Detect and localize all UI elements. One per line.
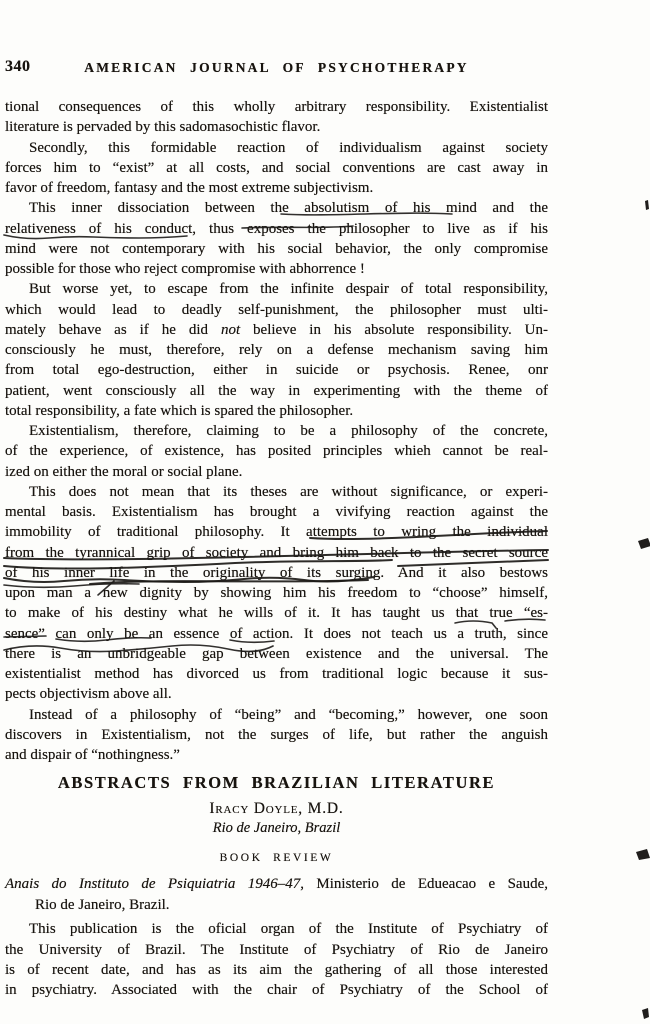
text-line: existentialist method has divorced us fr… [5,664,548,684]
text-line: and dispair of “nothingness.” [5,745,548,765]
text-line: literature is pervaded by this sadomasoc… [5,117,548,137]
text-line: Anais do Instituto de Psiquiatria 1946–4… [5,874,548,895]
text-line: is of recent date, and has as its aim th… [5,960,548,980]
page-number: 340 [5,58,31,76]
text-line: mately behave as if he did not believe i… [5,320,548,340]
text-line: favor of freedom, fantasy and the most e… [5,178,548,198]
text-line: pects objectivism above all. [5,684,548,704]
text-line: there is an unbridgeable gap between exi… [5,644,548,664]
text-line: tional consequences of this wholly arbit… [5,97,548,117]
text-line: upon man a new dignity by showing him hi… [5,583,548,603]
paragraph: This publication is the oficial organ of… [5,919,548,1000]
journal-title: AMERICAN JOURNAL OF PSYCHOTHERAPY [5,58,548,76]
text-line: of the experience, of existence, has pos… [5,441,548,461]
text-line: This publication is the oficial organ of… [5,919,548,939]
text-line: Existentialism, therefore, claiming to b… [5,421,548,441]
text-line: discovers in Existentialism, not the sur… [5,725,548,745]
paragraph: tional consequences of this wholly arbit… [5,97,548,138]
running-head: 340 AMERICAN JOURNAL OF PSYCHOTHERAPY [5,58,548,80]
text-line: Secondly, this formidable reaction of in… [5,138,548,158]
text-line: forces him to “exist” at all costs, and … [5,158,548,178]
text-line: the University of Brazil. The Institute … [5,940,548,960]
text-line: ized on either the moral or social plane… [5,462,548,482]
book-review-label: BOOK REVIEW [5,851,548,866]
section-abstracts: ABSTRACTS FROM BRAZILIAN LITERATURE Irac… [5,770,548,1000]
section-heading: ABSTRACTS FROM BRAZILIAN LITERATURE [5,770,548,796]
text-line: sence” can only be an essence of action.… [5,624,548,644]
text-line: in psychiatry. Associated with the chair… [5,980,548,1000]
text-line: immobility of traditional philosophy. It… [5,522,548,542]
margin-mark-book-review [636,849,650,860]
text-line: relativeness of his conduct, thus expose… [5,219,548,239]
text-line: patient, went consciously all the way in… [5,381,548,401]
paragraph: Secondly, this formidable reaction of in… [5,138,548,199]
author-location: Rio de Janeiro, Brazil [5,819,548,838]
text-line: which would lead to deadly self-punishme… [5,300,548,320]
text-line: consciously he must, therefore, rely on … [5,340,548,360]
text-line: from the tyrannical grip of society and … [5,543,548,563]
margin-tick-top [645,200,649,210]
author-name: Iracy Doyle, M.D. [5,799,548,819]
paragraph: Anais do Instituto de Psiquiatria 1946–4… [5,874,548,916]
paragraph: Instead of a philosophy of “being” and “… [5,705,548,766]
citation: Anais do Instituto de Psiquiatria 1946–4… [5,874,548,916]
text-line: total responsibility, a fate which is sp… [5,401,548,421]
text-line: This does not mean that its theses are w… [5,482,548,502]
text-line: mental basis. Existentialism has brought… [5,502,548,522]
text-line: mind were not contemporary with his soci… [5,239,548,259]
text-line: possible for those who reject compromise… [5,259,548,279]
article-body: tional consequences of this wholly arbit… [5,97,548,765]
paragraph: But worse yet, to escape from the infini… [5,279,548,421]
text-line: Rio de Janeiro, Brazil. [5,895,548,916]
margin-mark-middle [638,538,650,549]
text-line: from total ego-destruction, either in su… [5,360,548,380]
text-line: But worse yet, to escape from the infini… [5,279,548,299]
text-line: Instead of a philosophy of “being” and “… [5,705,548,725]
paragraph: Existentialism, therefore, claiming to b… [5,421,548,482]
text-line: of his inner life in the originality of … [5,563,548,583]
text-line: This inner dissociation between the abso… [5,198,548,218]
text-line: to make of his destiny what he wills of … [5,603,548,623]
review-body: This publication is the oficial organ of… [5,919,548,1000]
text-column: tional consequences of this wholly arbit… [5,97,548,1000]
scanned-journal-page: 340 AMERICAN JOURNAL OF PSYCHOTHERAPY ti… [0,0,650,1024]
margin-tick-bottom [642,1008,649,1019]
paragraph: This inner dissociation between the abso… [5,198,548,279]
paragraph: This does not mean that its theses are w… [5,482,548,705]
